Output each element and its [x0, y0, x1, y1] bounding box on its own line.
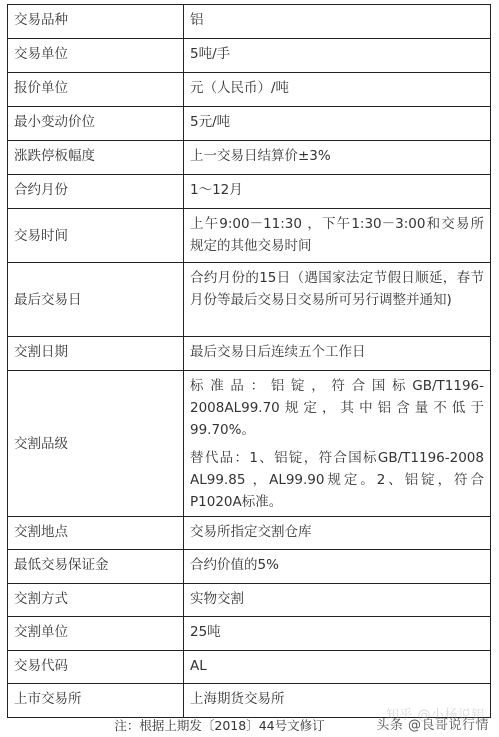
table-row: 交易代码 AL	[8, 651, 491, 684]
table-row: 交割方式 实物交割	[8, 584, 491, 617]
row-label-contract-months: 合约月份	[8, 175, 184, 209]
table-row: 交易单位 5吨/手	[8, 39, 491, 73]
row-value-last-trading-day: 合约月份的15日（遇国家法定节假日顺延，春节月份等最后交易日交易所可另行调整并通…	[184, 263, 491, 337]
table-row: 交割单位 25吨	[8, 617, 491, 651]
row-label-delivery-grade: 交割品级	[8, 371, 184, 517]
row-label-exchange: 上市交易所	[8, 684, 184, 718]
row-value-tick-size: 5元/吨	[184, 107, 491, 141]
table-row: 最小变动价位 5元/吨	[8, 107, 491, 141]
row-label-last-trading-day: 最后交易日	[8, 263, 184, 337]
row-label-delivery-location: 交割地点	[8, 517, 184, 550]
table-row: 最后交易日 合约月份的15日（遇国家法定节假日顺延，春节月份等最后交易日交易所可…	[8, 263, 491, 337]
row-label-quote-unit: 报价单位	[8, 73, 184, 107]
table-row: 最低交易保证金 合约价值的5%	[8, 550, 491, 584]
table-row: 交易时间 上午9:00－11:30 ，下午1:30－3:00和交易所规定的其他交…	[8, 209, 491, 263]
table-row: 合约月份 1～12月	[8, 175, 491, 209]
row-value-min-margin: 合约价值的5%	[184, 550, 491, 584]
row-value-delivery-period: 最后交易日后连续五个工作日	[184, 337, 491, 371]
delivery-grade-substitute: 替代品：1、铝锭，符合国标GB/T1196-2008 AL99.85 ，AL99…	[190, 447, 484, 513]
row-value-price-limit: 上一交易日结算价±3%	[184, 141, 491, 175]
row-label-delivery-unit: 交割单位	[8, 617, 184, 651]
footnote-text: 注：根据上期发〔2018〕44号文修订	[114, 718, 324, 733]
contract-spec-table-body: 交易品种 铝 交易单位 5吨/手 报价单位 元（人民币）/吨 最小变动价位 5元…	[8, 5, 491, 718]
row-label-delivery-period: 交割日期	[8, 337, 184, 371]
contract-spec-table: 交易品种 铝 交易单位 5吨/手 报价单位 元（人民币）/吨 最小变动价位 5元…	[7, 4, 491, 718]
watermark: 头条 @良哥说行情	[376, 714, 489, 733]
table-row: 涨跌停板幅度 上一交易日结算价±3%	[8, 141, 491, 175]
row-value-variety: 铝	[184, 5, 491, 39]
row-label-trading-unit: 交易单位	[8, 39, 184, 73]
table-row: 交割地点 交易所指定交割仓库	[8, 517, 491, 550]
row-label-tick-size: 最小变动价位	[8, 107, 184, 141]
table-row: 报价单位 元（人民币）/吨	[8, 73, 491, 107]
row-label-delivery-method: 交割方式	[8, 584, 184, 617]
row-value-quote-unit: 元（人民币）/吨	[184, 73, 491, 107]
row-label-trading-hours: 交易时间	[8, 209, 184, 263]
table-row: 交易品种 铝	[8, 5, 491, 39]
table-row: 交割品级 标准品：铝锭，符合国标GB/T1196-2008AL99.70规定，其…	[8, 371, 491, 517]
table-row: 交割日期 最后交易日后连续五个工作日	[8, 337, 491, 371]
row-value-trading-hours: 上午9:00－11:30 ，下午1:30－3:00和交易所规定的其他交易时间	[184, 209, 491, 263]
delivery-grade-standard: 标准品：铝锭，符合国标GB/T1196-2008AL99.70规定，其中铝含量不…	[190, 375, 484, 441]
row-value-delivery-method: 实物交割	[184, 584, 491, 617]
row-value-delivery-location: 交易所指定交割仓库	[184, 517, 491, 550]
row-label-variety: 交易品种	[8, 5, 184, 39]
row-value-ticker: AL	[184, 651, 491, 684]
row-label-ticker: 交易代码	[8, 651, 184, 684]
row-label-min-margin: 最低交易保证金	[8, 550, 184, 584]
row-label-price-limit: 涨跌停板幅度	[8, 141, 184, 175]
row-value-trading-unit: 5吨/手	[184, 39, 491, 73]
row-value-contract-months: 1～12月	[184, 175, 491, 209]
row-value-delivery-grade: 标准品：铝锭，符合国标GB/T1196-2008AL99.70规定，其中铝含量不…	[184, 371, 491, 517]
row-value-delivery-unit: 25吨	[184, 617, 491, 651]
